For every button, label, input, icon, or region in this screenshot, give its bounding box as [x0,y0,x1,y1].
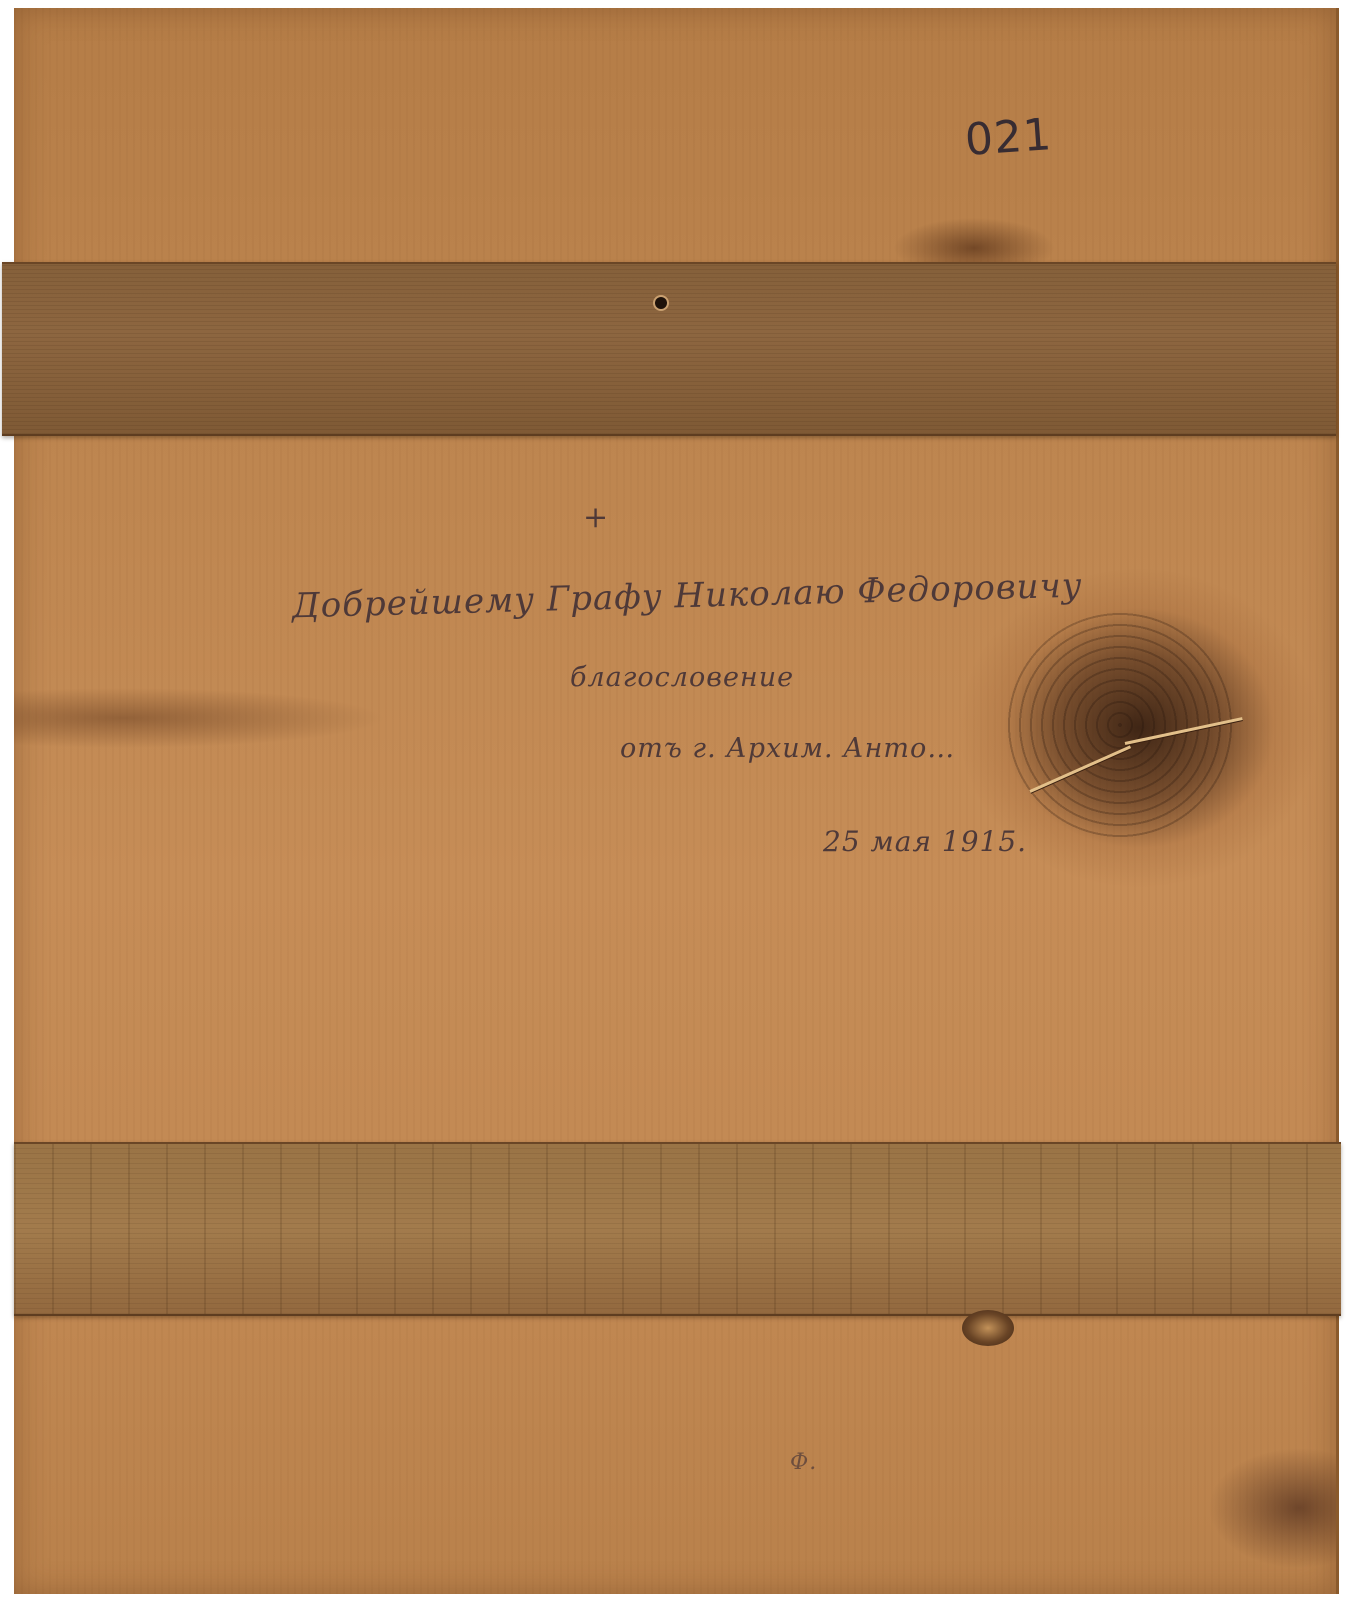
lower-ink-mark: Ф. [790,1450,817,1475]
top-batten [2,262,1336,436]
inscription-author: отъ г. Архим. Анто… [620,733,955,764]
nail-hole [655,297,667,309]
bottom-batten [14,1142,1341,1316]
inventory-number: 021 [963,109,1053,166]
inscription-blessing: благословение [570,662,794,693]
inscription-date: 25 мая 1915. [823,825,1027,858]
inscription-cross: + [583,500,609,535]
small-knot [962,1310,1014,1346]
